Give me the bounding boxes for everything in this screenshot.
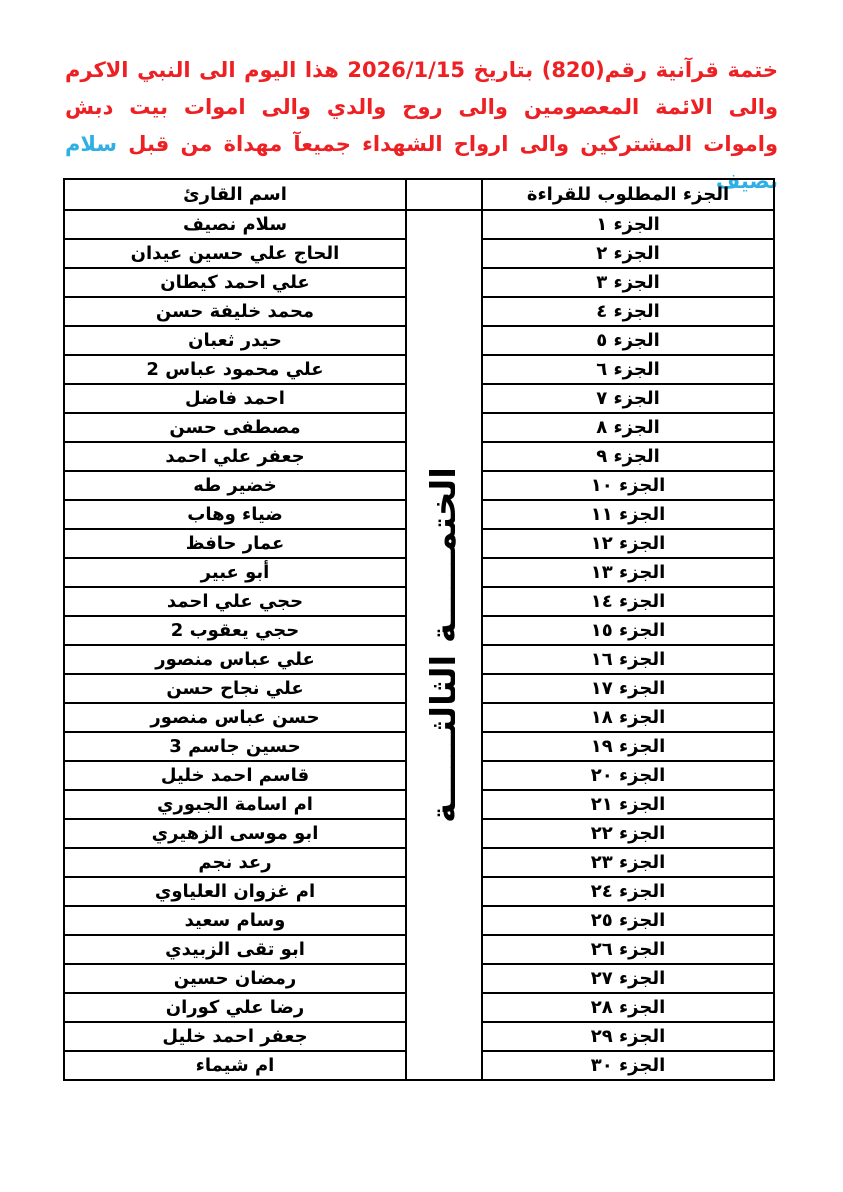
juz-cell: الجزء ٢٥ [482,906,774,935]
juz-cell: الجزء ١٨ [482,703,774,732]
juz-cell: الجزء ٢٦ [482,935,774,964]
reader-name-cell: رمضان حسين [64,964,406,993]
reader-name-cell: حسين جاسم 3 [64,732,406,761]
juz-cell: الجزء ١٣ [482,558,774,587]
reader-name-cell: قاسم احمد خليل [64,761,406,790]
juz-cell: الجزء ٢ [482,239,774,268]
reader-name-cell: رضا علي كوران [64,993,406,1022]
reader-name-cell: خضير طه [64,471,406,500]
juz-cell: الجزء ٢١ [482,790,774,819]
juz-cell: الجزء ٥ [482,326,774,355]
juz-cell: الجزء ٤ [482,297,774,326]
document-page: ختمة قرآنية رقم(820) بتاريخ 2026/1/15 هذ… [0,0,843,1192]
juz-cell: الجزء ٢٢ [482,819,774,848]
juz-cell: الجزء ٨ [482,413,774,442]
reader-name-cell: علي محمود عباس 2 [64,355,406,384]
juz-cell: الجزء ١٠ [482,471,774,500]
juz-cell: الجزء ٦ [482,355,774,384]
reader-name-cell: ام شيماء [64,1051,406,1080]
reader-name-cell: جعفر علي احمد [64,442,406,471]
table-header-row: الجزء المطلوب للقراءة اسم القارئ [64,179,774,210]
khatmah-header-cell [406,179,482,210]
juz-cell: الجزء ٢٧ [482,964,774,993]
juz-cell: الجزء ٢٩ [482,1022,774,1051]
reader-name-cell: حجي علي احمد [64,587,406,616]
juz-cell: الجزء ٢٠ [482,761,774,790]
reader-name-cell: علي نجاح حسن [64,674,406,703]
khatmah-table: الجزء المطلوب للقراءة اسم القارئ الجزء ١… [63,178,775,1081]
table-row: الجزء ١الختمــــــة الثالثــــــةسلام نص… [64,210,774,239]
reader-name-cell: علي احمد كيطان [64,268,406,297]
reader-name-cell: حيدر ثعبان [64,326,406,355]
reader-name-cell: رعد نجم [64,848,406,877]
juz-cell: الجزء ٣٠ [482,1051,774,1080]
juz-cell: الجزء ٣ [482,268,774,297]
dedication-text: ختمة قرآنية رقم(820) بتاريخ 2026/1/15 هذ… [65,58,778,156]
reader-name-cell: سلام نصيف [64,210,406,239]
reader-name-cell: علي عباس منصور [64,645,406,674]
khatmah-vertical-label: الختمــــــة الثالثــــــة [424,467,464,823]
reader-name-cell: عمار حافظ [64,529,406,558]
reader-name-cell: حسن عباس منصور [64,703,406,732]
juz-column-header: الجزء المطلوب للقراءة [482,179,774,210]
khatmah-merged-cell: الختمــــــة الثالثــــــة [406,210,482,1080]
juz-cell: الجزء ١٥ [482,616,774,645]
reader-name-cell: جعفر احمد خليل [64,1022,406,1051]
reader-name-cell: حجي يعقوب 2 [64,616,406,645]
reader-column-header: اسم القارئ [64,179,406,210]
juz-cell: الجزء ١١ [482,500,774,529]
reader-name-cell: ابو تقى الزبيدي [64,935,406,964]
reader-name-cell: ام غزوان العلياوي [64,877,406,906]
juz-cell: الجزء ١٢ [482,529,774,558]
juz-cell: الجزء ١٧ [482,674,774,703]
juz-cell: الجزء ٢٤ [482,877,774,906]
juz-cell: الجزء ٢٣ [482,848,774,877]
reader-name-cell: أبو عبير [64,558,406,587]
reader-name-cell: محمد خليفة حسن [64,297,406,326]
reader-name-cell: احمد فاضل [64,384,406,413]
reader-name-cell: مصطفى حسن [64,413,406,442]
juz-cell: الجزء ١٤ [482,587,774,616]
reader-name-cell: وسام سعيد [64,906,406,935]
reader-name-cell: ضياء وهاب [64,500,406,529]
reader-name-cell: ابو موسى الزهيري [64,819,406,848]
juz-cell: الجزء ٩ [482,442,774,471]
juz-cell: الجزء ١٩ [482,732,774,761]
reader-name-cell: الحاج علي حسين عيدان [64,239,406,268]
juz-cell: الجزء ٢٨ [482,993,774,1022]
juz-cell: الجزء ١ [482,210,774,239]
juz-cell: الجزء ١٦ [482,645,774,674]
juz-cell: الجزء ٧ [482,384,774,413]
reader-name-cell: ام اسامة الجبوري [64,790,406,819]
table-body: الجزء المطلوب للقراءة اسم القارئ الجزء ١… [64,179,774,1080]
